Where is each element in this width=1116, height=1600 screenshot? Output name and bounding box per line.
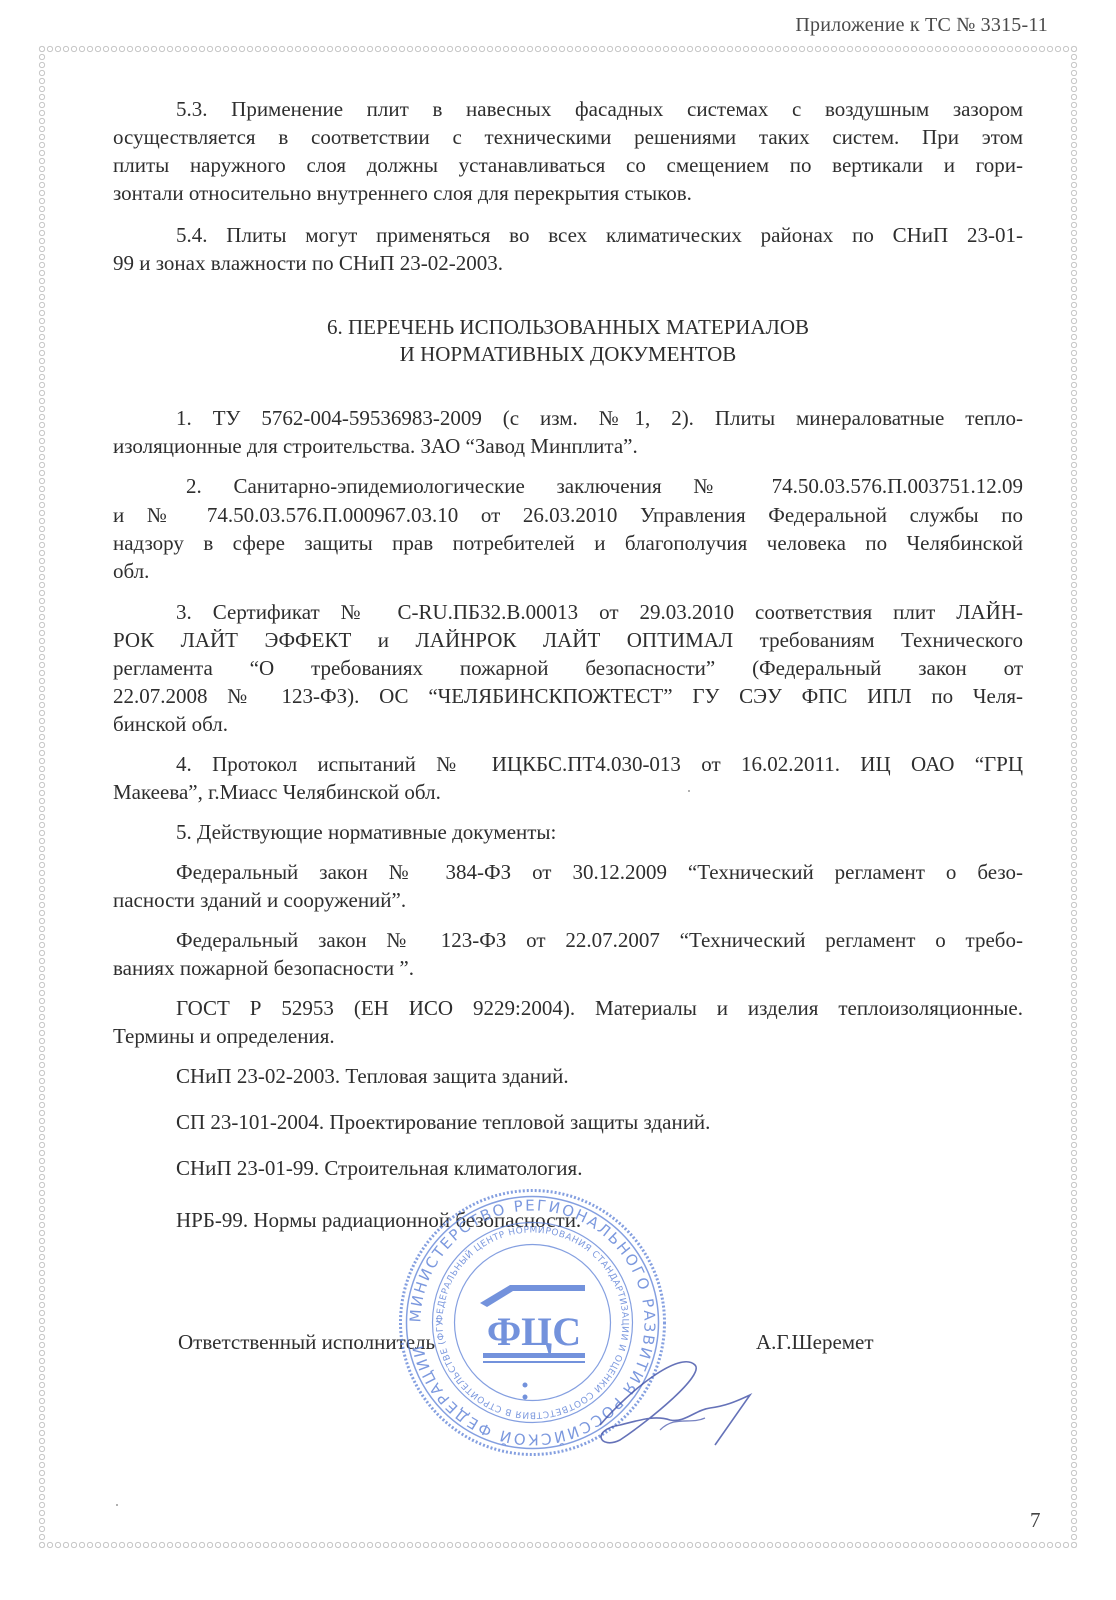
paragraph-line: надзору в сфере защиты прав потребителей… bbox=[113, 529, 1023, 557]
section-title-line: 6. ПЕРЕЧЕНЬ ИСПОЛЬЗОВАННЫХ МАТЕРИАЛОВ bbox=[113, 313, 1023, 341]
doc-nrb-99: НРБ-99. Нормы радиационной безопасности. bbox=[113, 1206, 1023, 1234]
paragraph-line: пасности зданий и сооружений”. bbox=[113, 886, 1023, 914]
doc-sp-23-101: СП 23-101-2004. Проектирование тепловой … bbox=[113, 1108, 1023, 1136]
list-item-5-title: 5. Действующие нормативные документы: bbox=[113, 818, 1023, 846]
paragraph-line: плиты наружного слоя должны устанавливат… bbox=[113, 151, 1023, 179]
svg-text:МИНИСТЕРСТВО РЕГИОНАЛЬНОГО РАЗ: МИНИСТЕРСТВО РЕГИОНАЛЬНОГО РАЗВИТИЯ РОСС… bbox=[406, 1196, 658, 1448]
paragraph-line: 5.4. Плиты могут применяться во всех кли… bbox=[113, 221, 1023, 249]
section-title-line: И НОРМАТИВНЫХ ДОКУМЕНТОВ bbox=[113, 340, 1023, 368]
paragraph-line: Федеральный закон № 123-ФЗ от 22.07.2007… bbox=[113, 926, 1023, 954]
paragraph-line: 3. Сертификат № C-RU.ПБ32.В.00013 от 29.… bbox=[113, 598, 1023, 626]
paragraph-line: регламента “О требованиях пожарной безоп… bbox=[113, 654, 1023, 682]
paragraph-line: 2. Санитарно-эпидемиологические заключен… bbox=[113, 472, 1023, 500]
stamp-center-text: ФЦС bbox=[487, 1309, 581, 1354]
paragraph-line: 22.07.2008 № 123-ФЗ). ОС “ЧЕЛЯБИНСКПОЖТЕ… bbox=[113, 682, 1023, 710]
page-border-bottom bbox=[38, 1541, 1078, 1549]
document-reference: Приложение к ТС № 3315-11 bbox=[795, 14, 1048, 37]
paragraph-line: 99 и зонах влажности по СНиП 23-02-2003. bbox=[113, 249, 1023, 277]
paragraph-line: 4. Протокол испытаний № ИЦКБС.ПТ4.030-01… bbox=[113, 750, 1023, 778]
page-border-right bbox=[1070, 45, 1078, 1549]
page-number: 7 bbox=[1030, 1508, 1041, 1533]
paragraph-line: Макеева”, г.Миасс Челябинской обл. bbox=[113, 778, 1023, 806]
page-border-left bbox=[38, 45, 46, 1549]
paragraph-line: Термины и определения. bbox=[113, 1022, 1023, 1050]
paragraph-line: зонтали относительно внутреннего слоя дл… bbox=[113, 179, 1023, 207]
stamp-outer-text: МИНИСТЕРСТВО РЕГИОНАЛЬНОГО РАЗВИТИЯ РОСС… bbox=[406, 1196, 658, 1448]
paragraph-line: Федеральный закон № 384-ФЗ от 30.12.2009… bbox=[113, 858, 1023, 886]
paragraph-line: обл. bbox=[113, 557, 1023, 585]
signatory-role: Ответственный исполнитель bbox=[178, 1330, 435, 1355]
paragraph-line: изоляционные для строительства. ЗАО “Зав… bbox=[113, 432, 1023, 460]
scan-speck bbox=[116, 1504, 118, 1506]
scan-speck bbox=[688, 790, 690, 792]
signatory-name: А.Г.Шеремет bbox=[756, 1330, 874, 1355]
doc-snip-23-01: СНиП 23-01-99. Строительная климатология… bbox=[113, 1154, 1023, 1182]
doc-snip-23-02: СНиП 23-02-2003. Тепловая защита зданий. bbox=[113, 1062, 1023, 1090]
paragraph-line: РОК ЛАЙТ ЭФФЕКТ и ЛАЙНРОК ЛАЙТ ОПТИМАЛ т… bbox=[113, 626, 1023, 654]
paragraph-line: осуществляется в соответствии с техничес… bbox=[113, 123, 1023, 151]
handwritten-signature-icon bbox=[560, 1330, 780, 1460]
paragraph-line: 5.3. Применение плит в навесных фасадных… bbox=[113, 95, 1023, 123]
paragraph-line: ваниях пожарной безопасности ”. bbox=[113, 954, 1023, 982]
paragraph-line: и № 74.50.03.576.П.000967.03.10 от 26.03… bbox=[113, 501, 1023, 529]
page-border-top bbox=[38, 45, 1078, 53]
paragraph-line: бинской обл. bbox=[113, 710, 1023, 738]
paragraph-line: 1. ТУ 5762-004-59536983-2009 (с изм. №1,… bbox=[113, 404, 1023, 432]
paragraph-line: ГОСТ Р 52953 (ЕН ИСО 9229:2004). Материа… bbox=[113, 994, 1023, 1022]
